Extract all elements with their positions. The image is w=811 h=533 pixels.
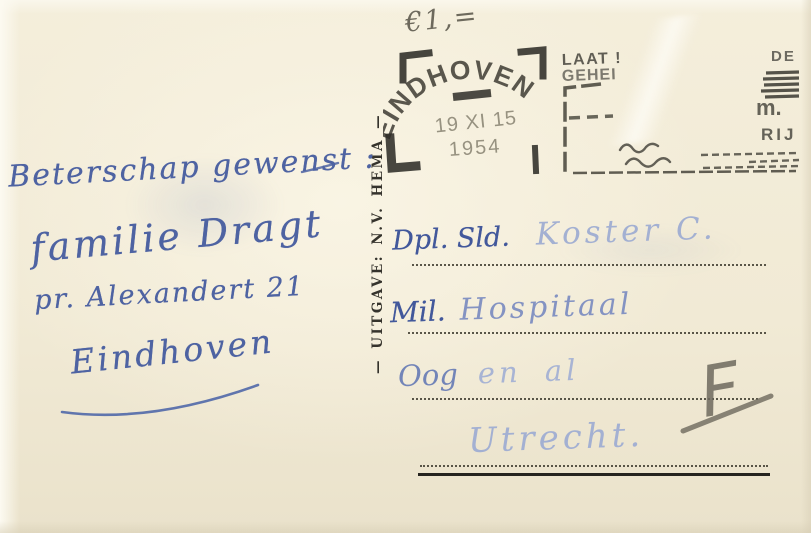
address-utrecht: Utrecht. [467, 415, 644, 461]
address-base-line [418, 473, 770, 476]
cancel-bottom-dashes [701, 153, 799, 168]
address-dotted-line-4 [420, 465, 768, 467]
pencil-price-mark: €1,= [404, 0, 480, 39]
machine-cancel: LAAT ! GEHEI DE m. RIJ [553, 35, 811, 177]
address-en-al: en al [477, 353, 580, 391]
cancel-right-fragments: DE m. RIJ [701, 48, 799, 168]
postmark-year: 1954 [448, 135, 502, 161]
cancel-fragment-de: DE [771, 48, 796, 65]
address-oog: Oog [397, 357, 458, 393]
address-dotted-line-3 [412, 398, 758, 400]
address-line-hospital: Mil.Hospitaal [389, 287, 632, 330]
address-name: Koster C. [535, 210, 717, 252]
message-line-city: Eindhoven [69, 321, 277, 381]
message-line-street: pr. Alexandert 21 [33, 271, 305, 316]
cancel-flag-bars [761, 72, 799, 97]
postcard-back: €1,= EINDHOVEN 19 XI 15 1954 LAAT ! GEHE… [0, 0, 811, 533]
address-rank: Dpl. Sld. [392, 222, 511, 257]
address-dotted-line-2 [408, 332, 766, 334]
postmark-date: 19 XI 15 [434, 107, 518, 138]
postmark-center-dash [453, 93, 491, 97]
cancel-fragment-m: m. [756, 95, 782, 120]
eindhoven-postmark: EINDHOVEN 19 XI 15 1954 [383, 40, 555, 180]
cancel-fragment-rij: RIJ [761, 125, 796, 144]
eindhoven-underline-flourish [62, 385, 258, 415]
wavy-cancel-lines [620, 144, 670, 167]
scan-edge-highlight-left [0, 0, 20, 533]
address-hospital: Hospitaal [459, 287, 633, 328]
scan-edge-shadow-bottom [0, 521, 811, 533]
pencil-diagonal-stroke [683, 396, 771, 431]
address-mil: Mil. [389, 294, 446, 329]
pencil-sorter-mark: F [693, 346, 749, 434]
cancel-slogan-line2: GEHEI [562, 66, 617, 85]
address-line-city: Utrecht. [467, 415, 644, 461]
publisher-imprint: — UITGAVE: N.V. HEMA — [370, 144, 388, 374]
address-line-district: Oogen al [397, 353, 580, 393]
address-dotted-line-1 [412, 264, 766, 266]
